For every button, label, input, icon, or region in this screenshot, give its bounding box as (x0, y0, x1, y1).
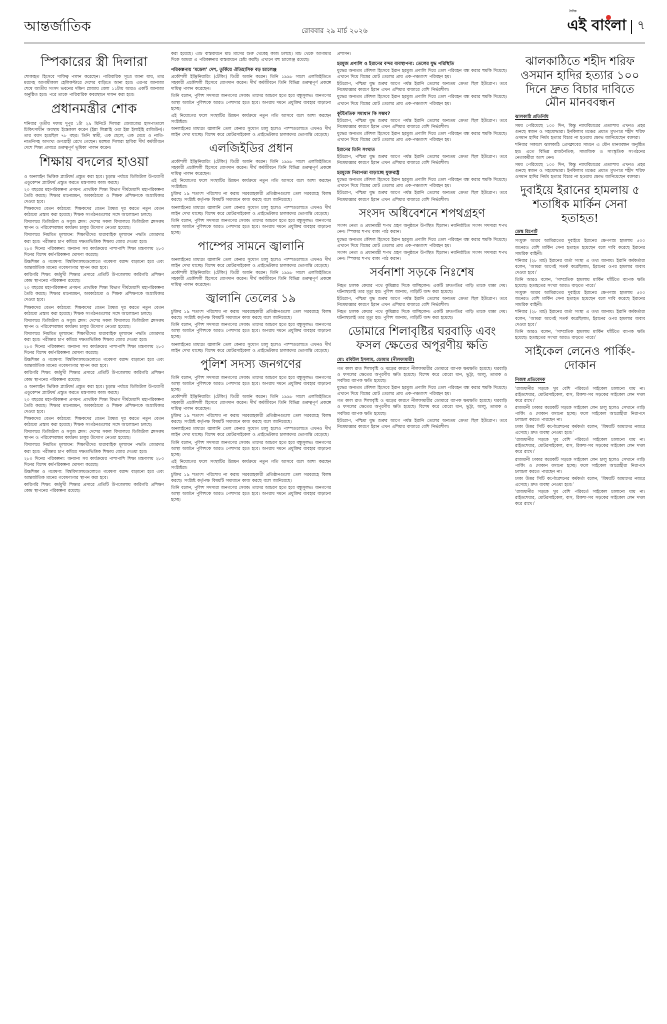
article-paragraph: ২০ বছরের মহাপরিকল্পনা প্রণয়ন: প্রাথমিক … (24, 188, 164, 206)
article-paragraph: সময় পেরিয়েছে ১০০ দিন, কিন্তু ন্যায়বিচ… (515, 163, 645, 181)
article-paragraph: ২৮০ দিনের পরিকল্পনা: অন্যান্য সব কার্যক্… (24, 247, 164, 259)
article-paragraph: ও অনলাইন ভিত্তিক প্ল্যাটফর্ম প্রস্তুত কর… (24, 175, 164, 187)
section-name: আন্তর্জাতিক (24, 15, 91, 39)
article-paragraph: নিহত চালক কেয়ার পথে কুমিল্লার দিকে যাচ্… (337, 310, 507, 322)
article-paragraph: যুদ্ধের অন্যতম কৌশল হিসেবে ইরান হরমুজ প্… (337, 386, 507, 398)
headline[interactable]: প্রধানমন্ত্রীর শোক (24, 102, 164, 118)
article-paragraph: সংযুক্ত আরব আমিরাতের দুবাইয়ে ইরানের ক্ষ… (515, 239, 645, 257)
article-paragraph: অনলাইনের মাধ্যমে জ্বালানি তেল কেনার সুযো… (171, 258, 331, 270)
page-number: ৭ (637, 17, 645, 37)
article-paragraph: ২৮০ দিনের পরিকল্পনা: অন্যান্য সব কার্যক্… (24, 457, 164, 469)
article-paragraph: প্রকৌশলী ইঞ্জিনিয়ারিং (টেকিং) ডিগ্রী অর… (171, 75, 331, 93)
article-paragraph: শনিবার (২৮ মার্চ) ইরানের বার্তা সংস্থা এ… (515, 310, 645, 328)
article-paragraph: ইউরোপ, পশ্চিমা যুদ্ধ শুরুর আগে পর্যন্ত ই… (337, 191, 507, 203)
article-paragraph: ইউরোপ, পশ্চিমা যুদ্ধ শুরুর আগে পর্যন্ত ই… (337, 119, 507, 131)
article-paragraph: এই নিয়োগের ফলে সংস্থাটির উন্নয়ন কার্যক… (171, 179, 331, 191)
headline[interactable]: পুলিশ সদস্য জনগণের (171, 358, 331, 372)
article-paragraph: চুক্তির ১৯ শতাংশ পরিশোধ না করায় সরবরাহক… (171, 310, 331, 322)
headline[interactable]: ডোমারে শিলাবৃষ্টির ঘরবাড়ি এবং ফসল ক্ষেত… (337, 325, 507, 353)
article-paragraph: শনিবার (২৮ মার্চ) ইরানের বার্তা সংস্থা এ… (515, 259, 645, 277)
article-paragraph: শনিবার সকালে ঝালকাঠি প্রেসক্লাবের সামনে … (515, 143, 645, 161)
article-paragraph: শোকাহত হিসেবে দাফিত্ব পালন করেছেন। পারিব… (24, 75, 164, 99)
byline: ডেস্ক রিপোর্ট (515, 229, 645, 236)
article-paragraph: ‘রাজধানীর সড়কে খুব বেশি পরিবর্তে সাইকেল… (515, 490, 645, 508)
article-paragraph: কারিগরি শিক্ষা: কর্মমুখী শিক্ষার প্রসারে… (24, 483, 164, 495)
article-paragraph: প্রকৌশলী ইঞ্জিনিয়ারিং (টেকিং) ডিগ্রী অর… (171, 395, 331, 413)
article-paragraph: ‘রাজধানীর সড়কে খুব বেশি পরিবর্তে সাইকেল… (515, 387, 645, 405)
article-paragraph: ঢাকা উত্তর সিটি কর্পোরেশনের কর্মকর্তা বল… (515, 477, 645, 489)
article-paragraph: সংসদ নেতা ও প্রধানমন্ত্রী শপথ গ্রহণ অনুষ… (337, 224, 507, 236)
column-2: করা হয়েছে। এটি বাস্তবায়নে মার্চ মাসের … (171, 52, 331, 1014)
article-paragraph: অনলাইনের মাধ্যমে জ্বালানি তেল কেনার সুযো… (171, 206, 331, 218)
article-paragraph: ২০ বছরের মহাপরিকল্পনা প্রণয়ন: প্রাথমিক … (24, 286, 164, 304)
article-paragraph: বিদ্যালয়ে ডিজিটাল ও সবুজ ক্লাস: দেশের স… (24, 319, 164, 331)
article-paragraph: উচ্চশিক্ষা ও গবেষণা: বিশ্ববিদ্যালয়গুলোত… (24, 358, 164, 370)
article-paragraph: ‘রাজধানীর সড়কে খুব বেশি পরিবর্তে সাইকেল… (515, 438, 645, 456)
article-paragraph: ইউরোপ, পশ্চিমা যুদ্ধ শুরুর আগে পর্যন্ত ই… (337, 419, 507, 431)
article-paragraph: অনলাইনের মাধ্যমে জ্বালানি তেল কেনার সুযো… (171, 127, 331, 139)
article-paragraph: চুক্তির ১৯ শতাংশ পরিশোধ না করায় সরবরাহক… (171, 414, 331, 426)
article-paragraph: যুদ্ধের অন্যতম কৌশল হিসেবে ইরান হরমুজ প্… (337, 178, 507, 190)
article-paragraph: রাজধানী ঢাকার কয়েকটি সড়কে সাইকেল লেন চ… (515, 406, 645, 424)
headline[interactable]: দুবাইয়ে ইরানের হামলায় ৫ শতাধিক মার্কিন… (515, 184, 645, 225)
article-paragraph: রাজধানী ঢাকার কয়েকটি সড়কে সাইকেল লেন চ… (515, 458, 645, 476)
byline: ঝালকাঠি প্রতিনিধি (515, 114, 645, 121)
article-paragraph: এই নিয়োগের ফলে সংস্থাটির উন্নয়ন কার্যক… (171, 460, 331, 472)
headline[interactable]: সাইকেল লেনেও পার্কিং-দোকান (515, 345, 645, 373)
masthead: আন্তর্জাতিক রোববার ২৯ মার্চ ২০২৬ দৈনিক এ… (24, 24, 645, 44)
article-paragraph: বিদ্যালয়ে ডিজিটাল ও সবুজ ক্লাস: দেশের স… (24, 220, 164, 232)
brand: দৈনিক এই বাংলা ৭ (567, 14, 645, 39)
article-paragraph: ঢাকা উত্তর সিটি কর্পোরেশনের কর্মকর্তা বল… (515, 425, 645, 437)
subheading: ইরানের তিনি সংঘাত (337, 146, 507, 154)
article-paragraph: ২৮০ দিনের পরিকল্পনা: অন্যান্য সব কার্যক্… (24, 345, 164, 357)
article-paragraph: ও অনলাইন ভিত্তিক প্ল্যাটফর্ম প্রস্তুত কর… (24, 385, 164, 397)
subheading: হরমুজে নিরাপত্তা বাড়াচ্ছে যুক্তরাষ্ট্র (337, 169, 507, 177)
dateline: রোববার ২৯ মার্চ ২০২৬ (301, 25, 367, 37)
article-paragraph: অনলাইনের মাধ্যমে জ্বালানি তেল কেনার সুযো… (171, 343, 331, 355)
byline: নিজস্ব প্রতিবেদক (515, 377, 645, 384)
subheading: কূটনৈতিক সমাধান কি সম্ভব? (337, 110, 507, 118)
article-paragraph: শিক্ষকদের বেতন কাঠামো: শিক্ষকদের বেতন বৈ… (24, 417, 164, 429)
headline[interactable]: সর্বনাশা সড়কে নিঃশেষ (337, 266, 507, 280)
article-paragraph: প্রকৌশলী ইঞ্জিনিয়ারিং (টেকিং) ডিগ্রী অর… (171, 160, 331, 178)
article-paragraph: প্রকৌশলী ইঞ্জিনিয়ারিং (টেকিং) ডিগ্রী অর… (171, 271, 331, 289)
newspaper-logo[interactable]: দৈনিক এই বাংলা (567, 14, 626, 39)
article-paragraph: কারিগরি শিক্ষা: কর্মমুখী শিক্ষার প্রসারে… (24, 273, 164, 285)
article-paragraph: অনলাইনের মাধ্যমে জ্বালানি তেল কেনার সুযো… (171, 427, 331, 439)
headline[interactable]: জ্বালানি তেলের ১৯ (171, 292, 331, 306)
article-paragraph: ২০ বছরের মহাপরিকল্পনা প্রণয়ন: প্রাথমিক … (24, 398, 164, 416)
article-paragraph: তিনি বলেন, পুলিশ সদস্যরা জনগণের সেবক। তা… (171, 376, 331, 394)
article-paragraph: তিনি আরও বলেন, ‘সাম্প্রতিক হামলায় মার্ক… (515, 330, 645, 342)
article-paragraph: তিনি বলেন, পুলিশ সদস্যরা জনগণের সেবক। তা… (171, 94, 331, 112)
article-paragraph: সংসদ নেতা ও প্রধানমন্ত্রী শপথ গ্রহণ অনুষ… (337, 251, 507, 263)
headline[interactable]: শিক্ষায় বদলের হাওয়া (24, 155, 164, 171)
article-paragraph: তিনি আরও বলেন, ‘সাম্প্রতিক হামলায় মার্ক… (515, 278, 645, 290)
article-paragraph: ইউরোপ, পশ্চিমা যুদ্ধ শুরুর আগে পর্যন্ত ই… (337, 82, 507, 94)
byline: মো: রবিউল ইসলাম, ডোমার (নীলফামারী) (337, 357, 507, 364)
headline[interactable]: সংসদ অধিবেশনে শপথগ্রহণ (337, 207, 507, 221)
article-paragraph: বিদ্যালয়ে নিয়মিত মূল্যায়ন: শিক্ষার্থী… (24, 233, 164, 245)
column-4: ঝালকাঠিতে শহীদ শরিফ ওসমান হাদির হত্যার ১… (515, 52, 645, 1014)
article-paragraph: চুক্তির ১৯ শতাংশ পরিশোধ না করায় সরবরাহক… (171, 473, 331, 485)
article-paragraph: বিদ্যালয়ে ডিজিটাল ও সবুজ ক্লাস: দেশের স… (24, 430, 164, 442)
article-paragraph: যুদ্ধের অন্যতম কৌশল হিসেবে ইরান হরমুজ প্… (337, 238, 507, 250)
article-paragraph: ইউরোপ, পশ্চিমা যুদ্ধ শুরুর আগে পর্যন্ত ই… (337, 297, 507, 309)
column-1: স্পিকারের স্ত্রী দিলারা শোকাহত হিসেবে দা… (24, 52, 164, 1014)
article-paragraph: তিনি বলেন, পুলিশ সদস্যরা জনগণের সেবক। তা… (171, 486, 331, 504)
headline[interactable]: ঝালকাঠিতে শহীদ শরিফ ওসমান হাদির হত্যার ১… (515, 55, 645, 110)
article-paragraph: যুদ্ধের অন্যতম কৌশল হিসেবে ইরান হরমুজ প্… (337, 95, 507, 107)
article-paragraph: চুক্তির ১৯ শতাংশ পরিশোধ না করায় সরবরাহক… (171, 192, 331, 204)
article-paragraph: কারিগরি শিক্ষা: কর্মমুখী শিক্ষার প্রসারে… (24, 371, 164, 383)
divider (631, 20, 632, 34)
article-paragraph: নিহত চালক কেয়ার পথে কুমিল্লার দিকে যাচ্… (337, 284, 507, 296)
article-paragraph: তিনি বলেন, পুলিশ সদস্যরা জনগণের সেবক। তা… (171, 323, 331, 341)
article-paragraph: তিনি বলেন, পুলিশ সদস্যরা জনগণের সেবক। তা… (171, 441, 331, 459)
headline[interactable]: স্পিকারের স্ত্রী দিলারা (24, 55, 164, 71)
article-paragraph: সময় পেরিয়েছে ১০০ দিন, কিন্তু ন্যায়বিচ… (515, 124, 645, 142)
article-paragraph: গত কাল রাত শিলাবৃষ্টি ও ঝড়ের কারণে নীলফ… (337, 367, 507, 385)
article-paragraph: উচ্চশিক্ষা ও গবেষণা: বিশ্ববিদ্যালয়গুলোত… (24, 260, 164, 272)
logo-superscript: দৈনিক (569, 9, 577, 15)
article-paragraph: শিক্ষকদের বেতন কাঠামো: শিক্ষকদের বেতন বৈ… (24, 207, 164, 219)
headline[interactable]: পাম্পের সামনে জ্বালানি (171, 240, 331, 254)
article-paragraph: প্রশাসন। (337, 52, 507, 58)
article-paragraph: বিদ্যালয়ে নিয়মিত মূল্যায়ন: শিক্ষার্থী… (24, 332, 164, 344)
logo-text: এই বাংলা (567, 16, 626, 34)
column-3: প্রশাসন। হরমুজ প্রণালি ও ইরানের বন্দর ব্… (337, 52, 507, 1014)
article-paragraph: শিক্ষকদের বেতন কাঠামো: শিক্ষকদের বেতন বৈ… (24, 306, 164, 318)
article-paragraph: উচ্চশিক্ষা ও গবেষণা: বিশ্ববিদ্যালয়গুলোত… (24, 470, 164, 482)
article-paragraph: যুদ্ধের অন্যতম কৌশল হিসেবে ইরান হরমুজ প্… (337, 69, 507, 81)
article-paragraph: শনিবার তৃতীয় দফায় দুপুর ১টা ২৯ মিনিটে … (24, 122, 164, 152)
article-paragraph: ইউরোপ, পশ্চিমা যুদ্ধ শুরুর আগে পর্যন্ত ই… (337, 155, 507, 167)
article-paragraph: গত কাল রাত শিলাবৃষ্টি ও ঝড়ের কারণে নীলফ… (337, 399, 507, 417)
article-paragraph: করা হয়েছে। এটি বাস্তবায়নে মার্চ মাসের … (171, 52, 331, 64)
newspaper-page: আন্তর্জাতিক রোববার ২৯ মার্চ ২০২৬ দৈনিক এ… (24, 24, 645, 1014)
article-paragraph: যুদ্ধের অন্যতম কৌশল হিসেবে ইরান হরমুজ প্… (337, 132, 507, 144)
article-paragraph: তিনি বলেন, পুলিশ সদস্যরা জনগণের সেবক। তা… (171, 219, 331, 237)
headline[interactable]: এলজিইডির প্রধান (171, 142, 331, 156)
article-paragraph: বিদ্যালয়ে নিয়মিত মূল্যায়ন: শিক্ষার্থী… (24, 443, 164, 455)
article-paragraph: এই নিয়োগের ফলে সংস্থাটির উন্নয়ন কার্যক… (171, 114, 331, 126)
subheading: পরিকল্পনায় ‘মডেল’ দেশ, তুর্কিয়ে ঐতিহাস… (171, 66, 331, 74)
subheading: হরমুজ প্রণালি ও ইরানের বন্দর ব্যবস্থাপনা… (337, 60, 507, 68)
article-paragraph: সংযুক্ত আরব আমিরাতের দুবাইয়ে ইরানের ক্ষ… (515, 291, 645, 309)
